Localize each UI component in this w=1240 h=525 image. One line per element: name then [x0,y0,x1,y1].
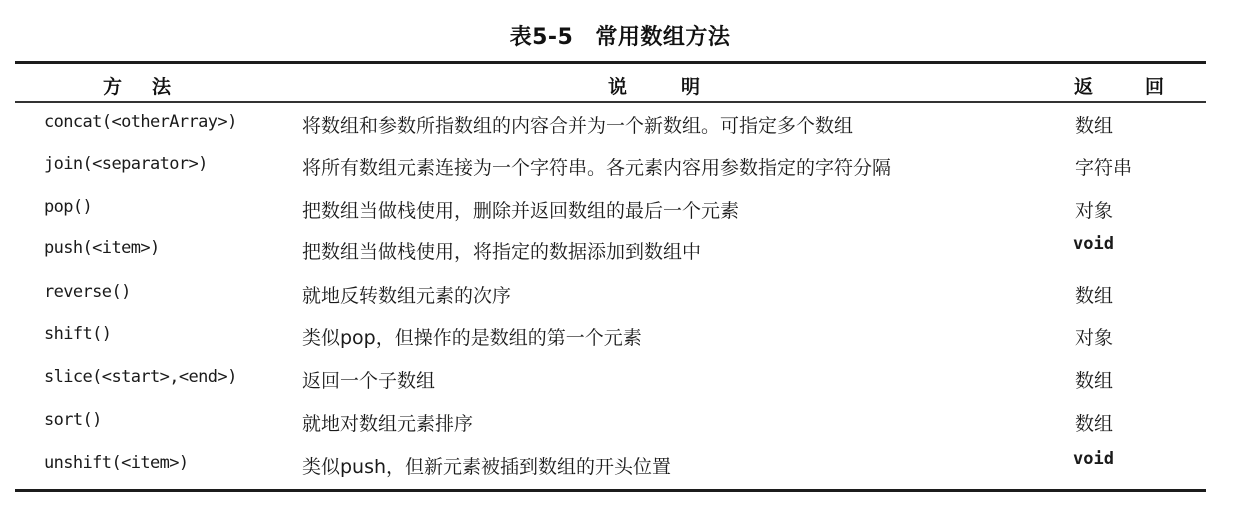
table-row: join(<separator>) 将所有数组元素连接为一个字符串。各元素内容用… [0,154,1240,196]
table-row: shift() 类似pop，但操作的是数组的第一个元素 对象 [0,324,1240,366]
description-cell: 将所有数组元素连接为一个字符串。各元素内容用参数指定的字符分隔 [302,153,891,180]
description-cell: 返回一个子数组 [302,366,435,393]
table-title: 常用数组方法 [595,25,730,50]
table-caption: 表5-5常用数组方法 [0,20,1240,51]
description-cell: 把数组当做栈使用，将指定的数据添加到数组中 [302,237,701,264]
table-row: reverse() 就地反转数组元素的次序 数组 [0,282,1240,324]
returns-cell: 数组 [1075,409,1113,436]
returns-cell: void [1073,449,1114,469]
table-row: push(<item>) 把数组当做栈使用，将指定的数据添加到数组中 void [0,238,1240,280]
description-cell: 类似pop，但操作的是数组的第一个元素 [302,323,642,350]
description-cell: 就地反转数组元素的次序 [302,281,511,308]
description-cell: 将数组和参数所指数组的内容合并为一个新数组。可指定多个数组 [302,111,853,138]
method-cell: sort() [44,410,102,430]
returns-cell: 字符串 [1075,153,1132,180]
method-cell: join(<separator>) [44,154,208,174]
table-bottom-rule [15,489,1206,492]
table-row: slice(<start>,<end>) 返回一个子数组 数组 [0,367,1240,409]
method-cell: unshift(<item>) [44,453,189,473]
method-cell: push(<item>) [44,238,160,258]
returns-cell: void [1073,234,1114,254]
table-row: concat(<otherArray>) 将数组和参数所指数组的内容合并为一个新… [0,112,1240,154]
returns-cell: 对象 [1075,196,1113,223]
header-method: 方法 [103,72,201,99]
header-returns: 返回 [1074,72,1216,99]
method-cell: concat(<otherArray>) [44,112,237,132]
table-number: 表5-5 [510,25,574,50]
returns-cell: 数组 [1075,281,1113,308]
method-cell: shift() [44,324,111,344]
header-description: 说明 [608,72,754,99]
description-cell: 就地对数组元素排序 [302,409,473,436]
table-header-rule [15,101,1206,103]
returns-cell: 数组 [1075,111,1113,138]
description-cell: 把数组当做栈使用，删除并返回数组的最后一个元素 [302,196,739,223]
table-row: sort() 就地对数组元素排序 数组 [0,410,1240,452]
method-cell: slice(<start>,<end>) [44,367,237,387]
method-cell: reverse() [44,282,131,302]
table-top-rule [15,61,1206,64]
returns-cell: 数组 [1075,366,1113,393]
table-row: pop() 把数组当做栈使用，删除并返回数组的最后一个元素 对象 [0,197,1240,239]
returns-cell: 对象 [1075,323,1113,350]
description-cell: 类似push，但新元素被插到数组的开头位置 [302,452,671,479]
method-cell: pop() [44,197,92,217]
